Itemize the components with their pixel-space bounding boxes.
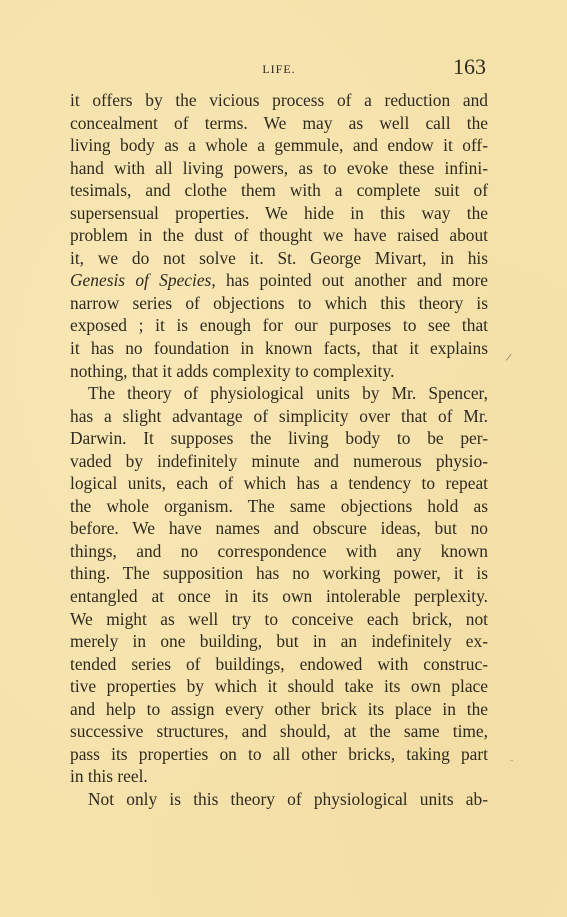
body-text: it offers by the vicious process of a re… [70,89,488,811]
text-line: narrow series of objections to which thi… [70,292,488,315]
book-page: LIFE. 163 it offers by the vicious proce… [0,0,567,917]
text-line: has a slight advantage of simplicity ove… [70,405,488,428]
text-line: problem in the dust of thought we have r… [70,224,488,247]
text-line: exposed ; it is enough for our purposes … [70,314,488,337]
text-line: thing. The supposition has no working po… [70,562,488,585]
text-line: supersensual properties. We hide in this… [70,202,488,225]
text-line: tesimals, and clothe them with a complet… [70,179,488,202]
text-line: logical units, each of which has a tende… [70,472,488,495]
running-title: LIFE. [70,62,488,77]
text-line: it has no foundation in known facts, tha… [70,337,488,360]
paragraph-start-line: Not only is this theory of physiological… [70,788,488,811]
text-line: entangled at once in its own intolerable… [70,585,488,608]
text-line: nothing, that it adds complexity to comp… [70,360,488,383]
text-line: concealment of terms. We may as well cal… [70,112,488,135]
text-line: We might as well try to conceive each br… [70,608,488,631]
text-line: vaded by indefinitely minute and numerou… [70,450,488,473]
text-line: Darwin. It supposes the living body to b… [70,427,488,450]
text-line: tive properties by which it should take … [70,675,488,698]
text-line: tended series of buildings, endowed with… [70,653,488,676]
text-line: pass its properties on to all other bric… [70,743,488,766]
paragraph-start-line: The theory of physiological units by Mr.… [70,382,488,405]
text-line: it, we do not solve it. St. George Mivar… [70,247,488,270]
running-head: LIFE. 163 [70,54,488,84]
book-title-italic: Genesis of Species [70,270,211,290]
text-line: successive structures, and should, at th… [70,720,488,743]
text-line: the whole organism. The same objections … [70,495,488,518]
text-line: in this reel. [70,765,488,788]
text-line: things, and no correspondence with any k… [70,540,488,563]
text-segment: , has pointed out another and more [211,270,488,290]
text-line: merely in one building, but in an indefi… [70,630,488,653]
text-line: it offers by the vicious process of a re… [70,89,488,112]
page-number: 163 [453,54,486,80]
text-line: Genesis of Species, has pointed out anot… [70,269,488,292]
text-line: living body as a whole a gemmule, and en… [70,134,488,157]
margin-speck: - [510,755,513,766]
text-line: hand with all living powers, as to evoke… [70,157,488,180]
text-line: before. We have names and obscure ideas,… [70,517,488,540]
margin-pencil-mark: / [505,350,513,365]
text-line: and help to assign every other brick its… [70,698,488,721]
